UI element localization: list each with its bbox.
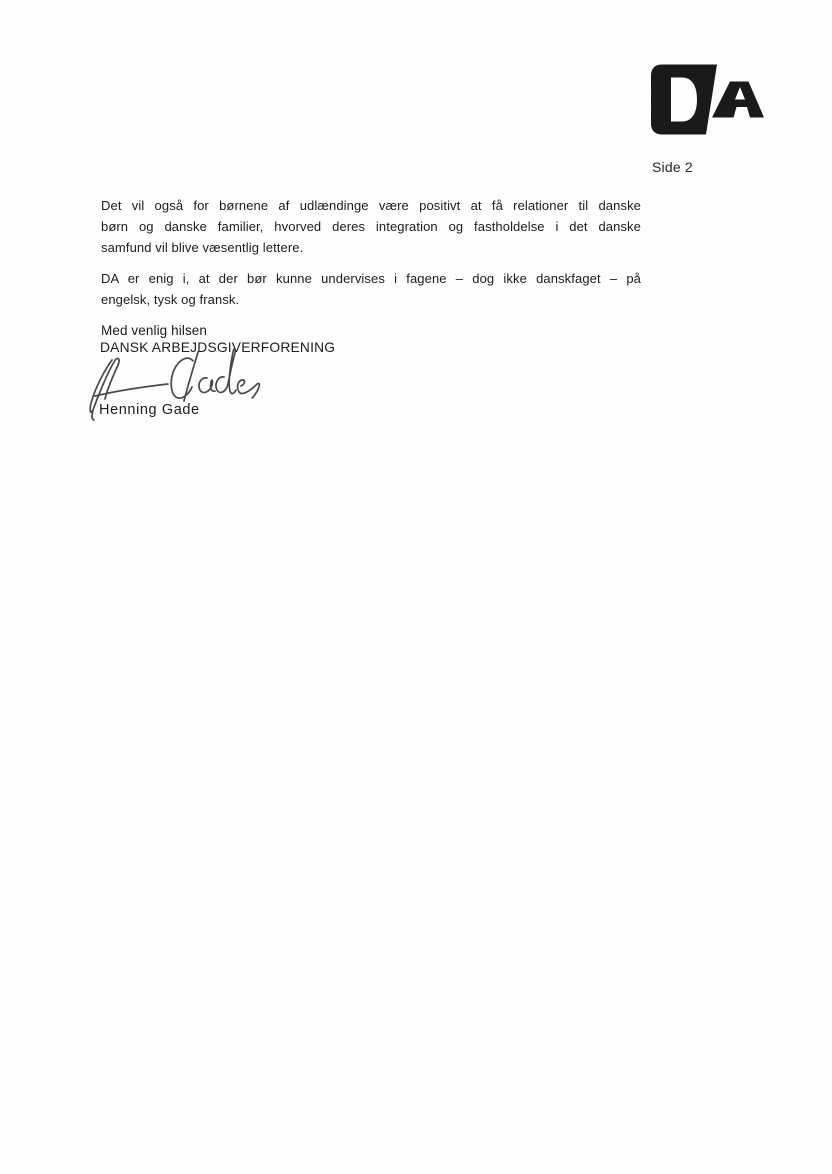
scan-noise-texture — [0, 0, 832, 1174]
paragraph-line: engelsk, tysk og fransk. — [101, 289, 641, 310]
da-logo — [651, 64, 766, 136]
signature-d-stroke — [216, 349, 236, 394]
da-logo-d-block — [651, 65, 717, 135]
signature-horizontal-stroke — [95, 384, 168, 396]
paragraph-line: samfund vil blive væsentlig lettere. — [101, 237, 641, 258]
signature-e-tail-stroke — [238, 380, 260, 398]
paragraph-1: Det vil også for børnene af udlændinge v… — [101, 195, 641, 258]
signature-descender-stroke — [92, 410, 94, 420]
signer-name: Henning Gade — [99, 402, 200, 418]
closing-salutation: Med venlig hilsen — [101, 323, 207, 338]
signature-a-stroke — [199, 378, 215, 393]
letter-body: Det vil også for børnene af udlændinge v… — [101, 195, 641, 320]
da-logo-letter-a — [712, 82, 764, 118]
page-number: Side 2 — [652, 159, 693, 175]
paragraph-line: børn og danske familier, hvorved deres i… — [101, 216, 641, 237]
scanned-letter-page: Side 2 Det vil også for børnene af udlæn… — [0, 0, 832, 1174]
paragraph-line: DA er enig i, at der bør kunne undervise… — [101, 268, 641, 289]
paragraph-2: DA er enig i, at der bør kunne undervise… — [101, 268, 641, 310]
paragraph-line: Det vil også for børnene af udlændinge v… — [101, 195, 641, 216]
